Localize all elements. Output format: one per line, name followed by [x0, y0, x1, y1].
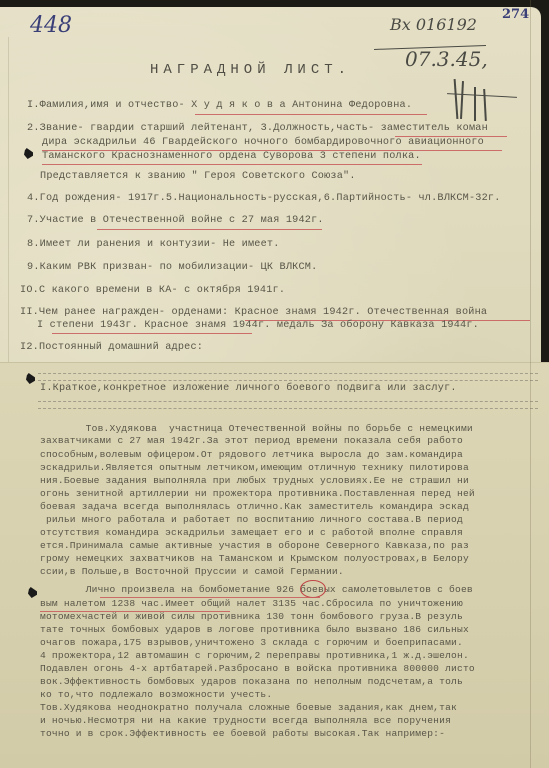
handwritten-page-number-right: 274: [502, 7, 529, 22]
narrative-line: вок.Эффективность бомбовых ударов показа…: [40, 676, 463, 687]
handwritten-date: 07.3.45,: [405, 47, 488, 71]
field-number: 2.: [27, 123, 40, 134]
narrative-line: мотомехчастей и живой силы противника 13…: [40, 611, 463, 622]
field-text: Каким РВК призван- по мобилизации- ЦК ВЛ…: [40, 262, 318, 273]
red-underline: [52, 333, 252, 334]
field-number: 9.: [27, 262, 40, 273]
field-text: Чем ранее награжден- орденами: Красное з…: [39, 307, 487, 318]
field-previous-awards: II.Чем ранее награжден- орденами: Красно…: [20, 307, 487, 318]
field-service-since: IO.С какого времени в КА- с октября 1941…: [20, 285, 285, 296]
section-heading: I.Краткое,конкретное изложение личного б…: [40, 383, 457, 394]
narrative-line: захватчиками с 27 мая 1942г.За этот пери…: [40, 435, 463, 446]
field-text: С какого времени в КА- с октября 1941г.: [39, 285, 285, 296]
narrative-line: отсутствия командира эскадрильи замещает…: [40, 527, 463, 538]
field-unit-line-3: Таманского Краснознаменного ордена Сувор…: [42, 151, 421, 162]
handwritten-incoming-number: Вх 016192: [390, 15, 477, 34]
red-circle-mark: [300, 580, 326, 598]
red-underline: [195, 114, 427, 115]
scribble-mark: [447, 93, 517, 98]
narrative-line: рильи много работала и работает по воспи…: [40, 514, 463, 525]
narrative-line: Тов.Худякова неоднократно получала сложн…: [40, 702, 457, 713]
narrative-line: ется.Принимала самые активные участия в …: [40, 540, 469, 551]
field-full-name: I.Фамилия,имя и отчество- Х у д я к о в …: [27, 100, 412, 111]
field-text: Год рождения- 1917г.5.Национальность-рус…: [40, 193, 501, 204]
narrative-line: вым налетом 1238 час.Имеет общий налет 3…: [40, 598, 463, 609]
scribble-mark: [483, 89, 486, 121]
red-underline: [42, 164, 422, 165]
field-number: II.: [20, 307, 39, 318]
field-war-participation: 7.Участие в Отечественной войне с 27 мая…: [27, 215, 324, 226]
narrative-line: и ночью.Несмотря ни на какие трудности в…: [40, 715, 451, 726]
field-number: 8.: [27, 239, 40, 250]
field-number: IO.: [20, 285, 39, 296]
field-conscription: 9.Каким РВК призван- по мобилизации- ЦК …: [27, 262, 317, 273]
field-nominated-for: Представляется к званию " Героя Советско…: [40, 171, 356, 182]
narrative-line: боевая задача всегда выполнялась отлично…: [40, 501, 469, 512]
field-text: I степени 1943г. Красное знамя 1944г. ме…: [37, 320, 479, 331]
field-number: 7.: [27, 215, 40, 226]
margin-line: [8, 37, 9, 367]
field-birth-nationality-party: 4.Год рождения- 1917г.5.Национальность-р…: [27, 193, 501, 204]
field-text: дира эскадрильи 46 Гвардейского ночного …: [42, 137, 484, 148]
field-text: Фамилия,имя и отчество- Х у д я к о в а …: [40, 100, 413, 111]
scribble-mark: [454, 79, 458, 119]
punch-hole: [26, 373, 35, 384]
field-text: Постоянный домашний адрес:: [39, 342, 203, 353]
field-unit-line-2: дира эскадрильи 46 Гвардейского ночного …: [42, 137, 484, 148]
narrative-line: Подавлен огонь 4-х артбатарей.Разбросано…: [40, 663, 475, 674]
narrative-line: тате точных бомбовых ударов в логове про…: [40, 624, 469, 635]
narrative-line: грому немецких захватчиков на Таманском …: [40, 553, 469, 564]
red-underline: [97, 229, 322, 230]
field-number: I2.: [20, 342, 39, 353]
narrative-line: очагов пожара,175 взрывов,уничтожено 3 с…: [40, 637, 463, 648]
field-previous-awards-line-2: I степени 1943г. Красное знамя 1944г. ме…: [37, 320, 479, 331]
page-edge: [530, 0, 531, 768]
punch-hole: [28, 587, 37, 598]
field-text: Участие в Отечественной войне с 27 мая 1…: [40, 215, 324, 226]
handwritten-page-number-left: 448: [30, 13, 72, 38]
field-text: Таманского Краснознаменного ордена Сувор…: [42, 151, 421, 162]
narrative-line: эскадрильи.Является опытным летчиком,име…: [40, 462, 469, 473]
narrative-line-sorties: Лично произвела на бомбометание 926 боев…: [38, 584, 473, 595]
narrative-line: ко то,что подлежало возможности учесть.: [40, 689, 272, 700]
narrative-line: способным,волевым офицером.От рядового л…: [40, 449, 463, 460]
narrative-line: ния.Боевые задания выполняла при любых т…: [40, 475, 469, 486]
award-sheet-continuation: I.Краткое,конкретное изложение личного б…: [0, 362, 549, 768]
narrative-line: точно и в срок.Эффективность ее боевой р…: [40, 728, 445, 739]
scribble-mark: [460, 81, 463, 119]
field-text: Представляется к званию " Героя Советско…: [40, 171, 356, 182]
field-text: Имеет ли ранения и контузии- Не имеет.: [40, 239, 280, 250]
dashed-divider: [38, 373, 538, 381]
field-number: I.: [27, 100, 40, 111]
field-wounds: 8.Имеет ли ранения и контузии- Не имеет.: [27, 239, 280, 250]
narrative-line: Тов.Худякова участница Отечественной вой…: [38, 423, 473, 434]
narrative-line: огонь зенитной артиллерии ни прожектора …: [40, 488, 475, 499]
field-text: Звание- гвардии старший лейтенант, 3.Дол…: [40, 123, 488, 134]
field-number: 4.: [27, 193, 40, 204]
punch-hole: [24, 148, 33, 159]
document-title: НАГРАДНОЙ ЛИСТ.: [150, 62, 351, 78]
narrative-line: 4 прожектора,12 автомашин с горючим,2 пе…: [40, 650, 469, 661]
field-rank-position: 2.Звание- гвардии старший лейтенант, 3.Д…: [27, 123, 488, 134]
dashed-divider: [38, 401, 538, 409]
field-home-address: I2.Постоянный домашний адрес:: [20, 342, 203, 353]
scribble-mark: [474, 87, 476, 121]
narrative-line: ссии,в Польше,в Восточной Пруссии и само…: [40, 566, 344, 577]
